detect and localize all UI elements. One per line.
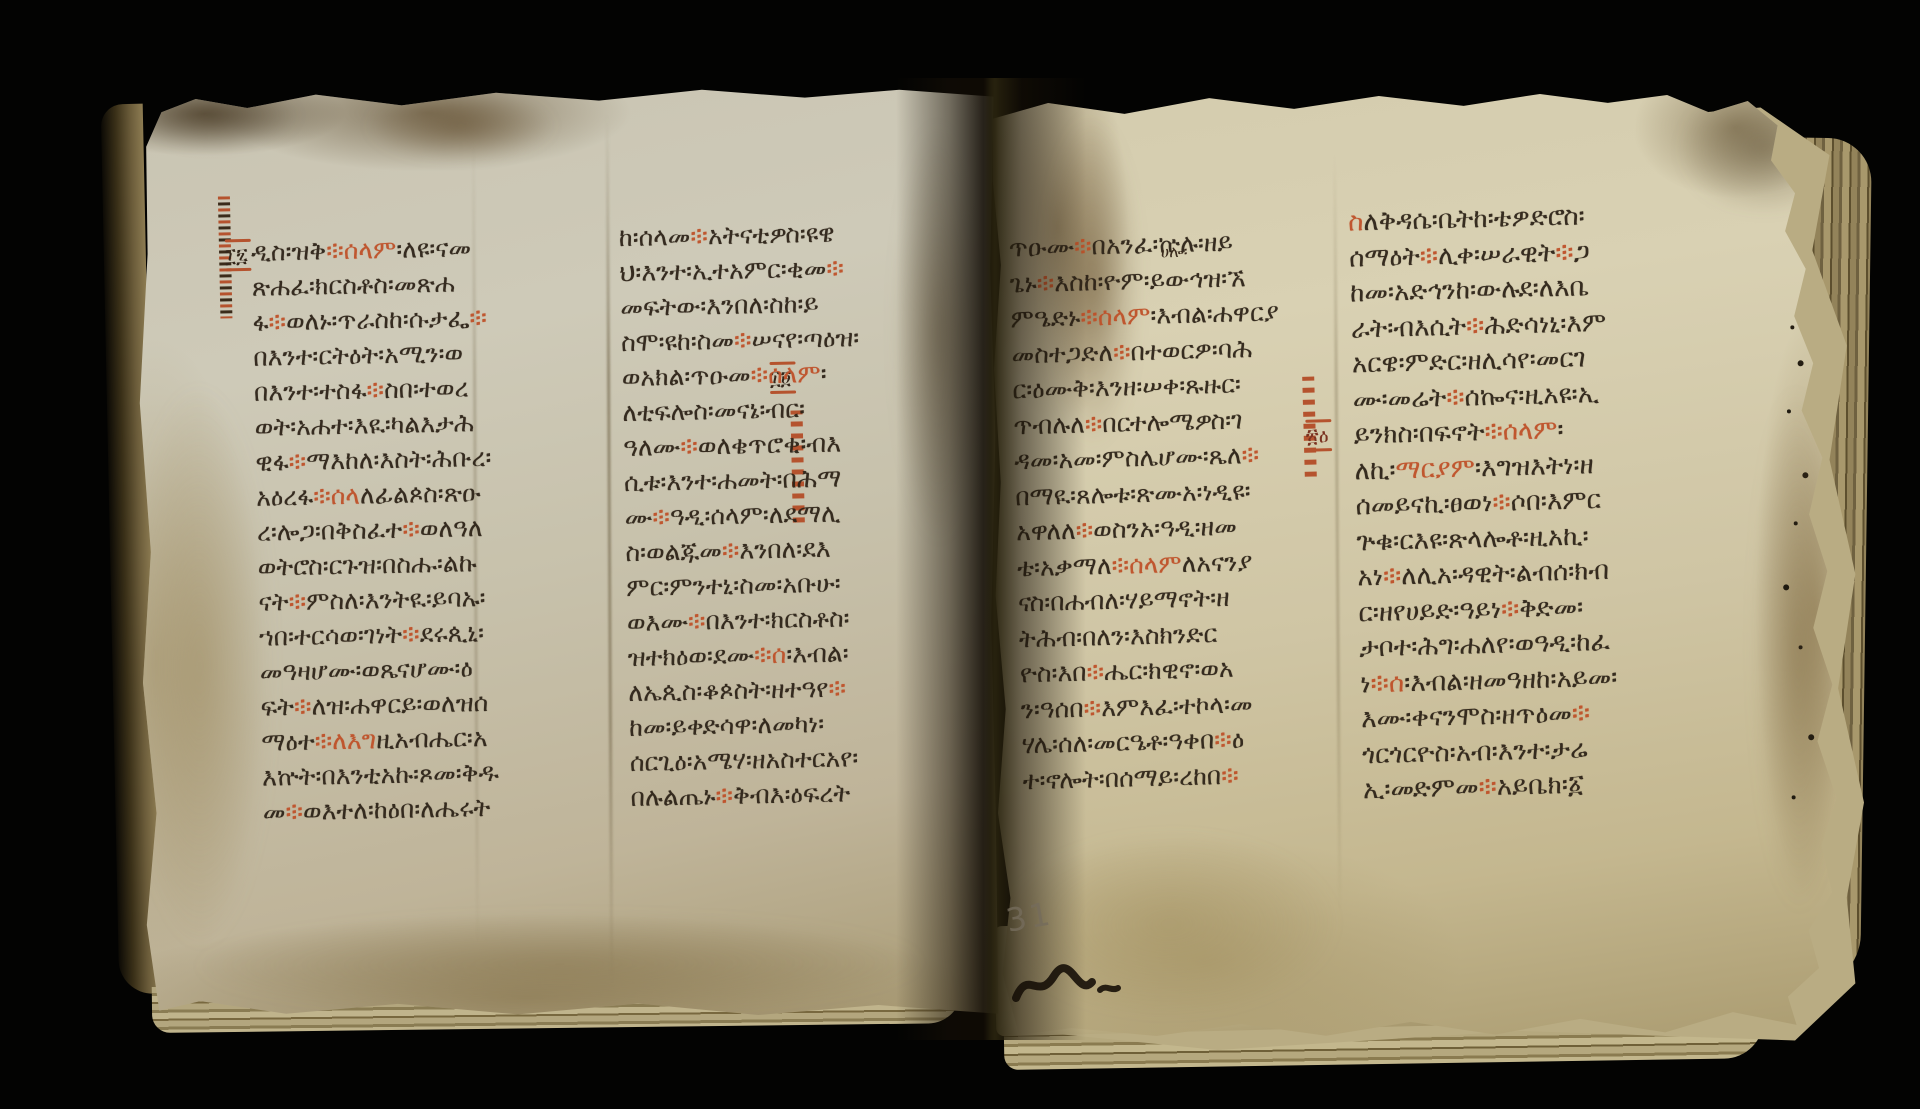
marginal-number: ፳ዕ [1305, 416, 1332, 455]
interlinear-correction: ሀሎ፡ [1161, 242, 1188, 263]
left-page-content: ፲፯ ዲስ፡ዝቅ፨ሰላም፡ለዩ፡ናመጽሐፈ፡ክርስቶስ፡መጽሐፋ፨ወለኑ፡ጥራስ… [136, 68, 1013, 1018]
pencil-folio-number: 31 [1003, 894, 1056, 940]
text-column-4: ስለቅዳሴ፡ቤትከ፡ቴዎድሮስ፡ሰማዕት፨ሊቀ፡ሠራዊት፨ጋከመ፡አድኅንከ፡ው… [1348, 196, 1746, 809]
manuscript-photo: ፲፯ ዲስ፡ዝቅ፨ሰላም፡ለዩ፡ናመጽሐፈ፡ክርስቶስ፡መጽሐፋ፨ወለኑ፡ጥራስ… [0, 0, 1920, 1109]
under-leaf-ink-mark [1008, 960, 1148, 1008]
left-page: ፲፯ ዲስ፡ዝቅ፨ሰላም፡ለዩ፡ናመጽሐፈ፡ክርስቶስ፡መጽሐፋ፨ወለኑ፡ጥራስ… [136, 82, 999, 1018]
right-page: ጥዑሙ፨በአንፈ፡ኵሉ፡ዘይጌኑ፨እስከ፡ዮም፡ይውኅዝ፡ኧምዔድኑ፨ሰላም፡እ… [989, 89, 1844, 1040]
text-column-2: ከ፡ሰላመ፨አትናቲዎስ፡ዩዌህ፡እንተ፡ኢተአምር፡ቂመ፨መፍትው፡እንበለ፡… [618, 213, 974, 815]
text-line: መ፨ወእተለ፡ከዕበ፡ለሔሩት [262, 787, 625, 830]
marginal-number: ፲፯ [225, 236, 252, 275]
right-page-content: ጥዑሙ፨በአንፈ፡ኵሉ፡ዘይጌኑ፨እስከ፡ዮም፡ይውኅዝ፡ኧምዔድኑ፨ሰላም፡እ… [989, 73, 1861, 1040]
text-column-1: ዲስ፡ዝቅ፨ሰላም፡ለዩ፡ናመጽሐፈ፡ክርስቶስ፡መጽሐፋ፨ወለኑ፡ጥራስከ፡ሱ… [251, 227, 625, 829]
text-line: በሉልጤኑ፨ቅብእ፡ዕፍረት [630, 773, 975, 815]
text-column-3: ጥዑሙ፨በአንፈ፡ኵሉ፡ዘይጌኑ፨እስከ፡ዮም፡ይውኅዝ፡ኧምዔድኑ፨ሰላም፡እ… [1008, 222, 1353, 798]
